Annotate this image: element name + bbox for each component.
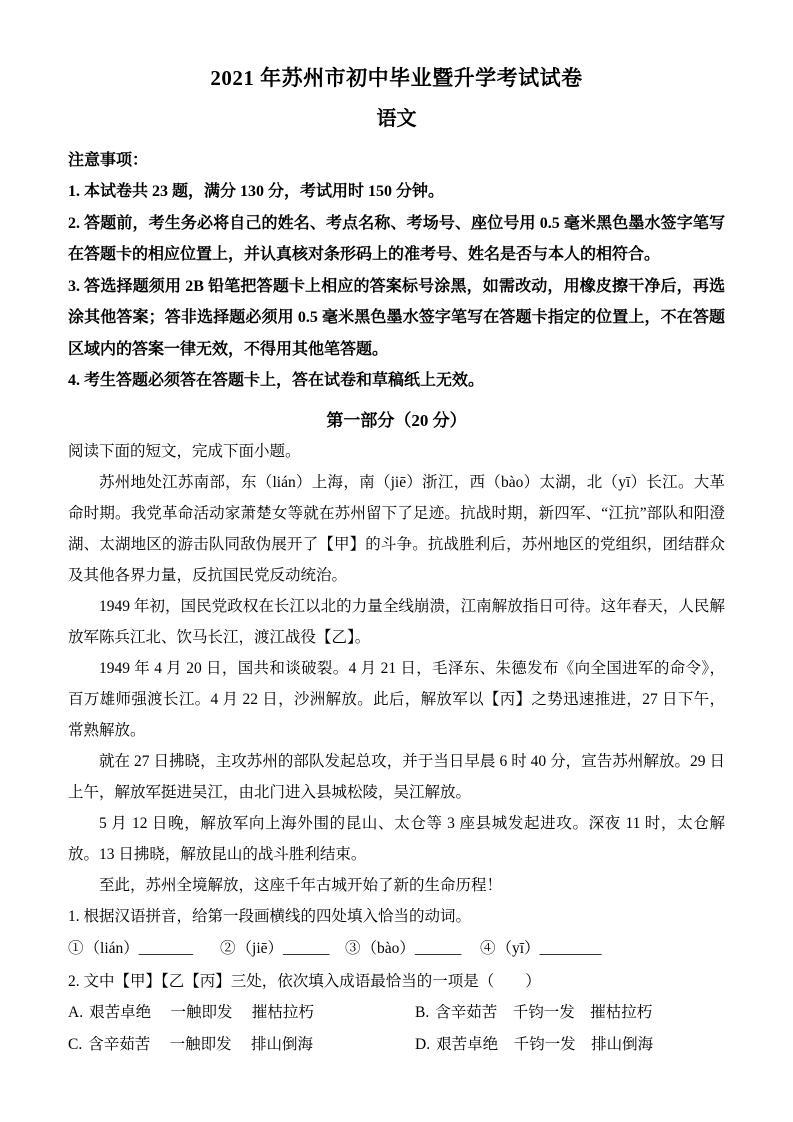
reading-passage: 阅读下面的短文，完成下面小题。 苏州地处江苏南部，东（lián）上海，南（jiē…	[68, 436, 725, 901]
passage-paragraph-1: 苏州地处江苏南部，东（lián）上海，南（jiē）浙江，西（bào）太湖，北（y…	[68, 467, 725, 591]
option-d-text: 艰苦卓绝 千钧一发 排山倒海	[436, 1036, 653, 1053]
answer-blank-1: _______	[139, 940, 193, 957]
notice-heading: 注意事项：	[68, 146, 725, 176]
question-2-options: A.艰苦卓绝 一触即发 摧枯拉朽 B.含辛茹苦 千钧一发 摧枯拉朽 C.含辛茹苦…	[68, 997, 725, 1062]
passage-paragraph-2: 1949 年初，国民党政权在长江以北的力量全线崩溃，江南解放指日可待。这年春天，…	[68, 591, 725, 653]
option-a: A.艰苦卓绝 一触即发 摧枯拉朽	[68, 997, 415, 1030]
page-title: 2021 年苏州市初中毕业暨升学考试试卷	[68, 64, 725, 92]
pinyin-3: （bào）	[362, 940, 415, 957]
pinyin-2: （jiē）	[237, 940, 284, 957]
passage-paragraph-5: 5 月 12 日晚，解放军向上海外围的昆山、太仓等 3 座县城发起进攻。深夜 1…	[68, 808, 725, 870]
passage-intro: 阅读下面的短文，完成下面小题。	[68, 436, 725, 467]
circled-number-2: ②	[220, 940, 237, 957]
option-c: C.含辛茹苦 一触即发 排山倒海	[68, 1029, 415, 1062]
option-d-label: D.	[415, 1036, 430, 1053]
option-c-text: 含辛茹苦 一触即发 排山倒海	[88, 1036, 313, 1053]
question-2-text: 2. 文中【甲】【乙【丙】三处，依次填入成语最恰当的一项是（ ）	[68, 966, 725, 997]
notice-section: 注意事项： 1. 本试卷共 23 题，满分 130 分，考试用时 150 分钟。…	[68, 146, 725, 397]
pinyin-blank-1: ①（lián）_______	[68, 932, 220, 966]
circled-number-3: ③	[345, 940, 362, 957]
pinyin-4: （yī）	[497, 940, 540, 957]
page-subtitle: 语文	[68, 106, 725, 132]
pinyin-blank-3: ③（bào）______	[345, 932, 480, 966]
question-1-text: 1. 根据汉语拼音，给第一段画横线的四处填入恰当的动词。	[68, 901, 725, 932]
option-c-label: C.	[68, 1036, 82, 1053]
notice-item-3: 3. 答选择题须用 2B 铅笔把答题卡上相应的答案标号涂黑，如需改动，用橡皮擦干…	[68, 271, 725, 366]
section-heading: 第一部分（20 分）	[68, 406, 725, 436]
notice-item-2: 2. 答题前，考生务必将自己的姓名、考点名称、考场号、座位号用 0.5 毫米黑色…	[68, 208, 725, 271]
option-d: D.艰苦卓绝 千钧一发 排山倒海	[415, 1029, 725, 1062]
notice-item-1: 1. 本试卷共 23 题，满分 130 分，考试用时 150 分钟。	[68, 176, 725, 208]
pinyin-blank-2: ②（jiē）______	[220, 932, 345, 966]
answer-blank-3: ______	[415, 940, 462, 957]
passage-paragraph-3: 1949 年 4 月 20 日，国共和谈破裂。4 月 21 日，毛泽东、朱德发布…	[68, 653, 725, 746]
answer-blank-2: ______	[283, 940, 330, 957]
option-b: B.含辛茹苦 千钧一发 摧枯拉朽	[415, 997, 725, 1030]
option-b-label: B.	[415, 1004, 429, 1021]
exam-paper-page: 2021 年苏州市初中毕业暨升学考试试卷 语文 注意事项： 1. 本试卷共 23…	[0, 0, 793, 1122]
circled-number-4: ④	[480, 940, 497, 957]
circled-number-1: ①	[68, 940, 85, 957]
passage-paragraph-4: 就在 27 日拂晓，主攻苏州的部队发起总攻，并于当日早晨 6 时 40 分，宣告…	[68, 746, 725, 808]
option-a-text: 艰苦卓绝 一触即发 摧枯拉朽	[89, 1004, 314, 1021]
option-b-text: 含辛茹苦 千钧一发 摧枯拉朽	[435, 1004, 652, 1021]
option-a-label: A.	[68, 1004, 83, 1021]
pinyin-1: （lián）	[85, 940, 139, 957]
pinyin-blanks-row: ①（lián）_______ ②（jiē）______ ③（bào）______…	[68, 932, 725, 966]
notice-item-4: 4. 考生答题必须答在答题卡上，答在试卷和草稿纸上无效。	[68, 365, 725, 397]
passage-paragraph-6: 至此，苏州全境解放，这座千年古城开始了新的生命历程！	[68, 870, 725, 901]
answer-blank-4: ________	[540, 940, 602, 957]
pinyin-blank-4: ④（yī）________	[480, 932, 602, 966]
